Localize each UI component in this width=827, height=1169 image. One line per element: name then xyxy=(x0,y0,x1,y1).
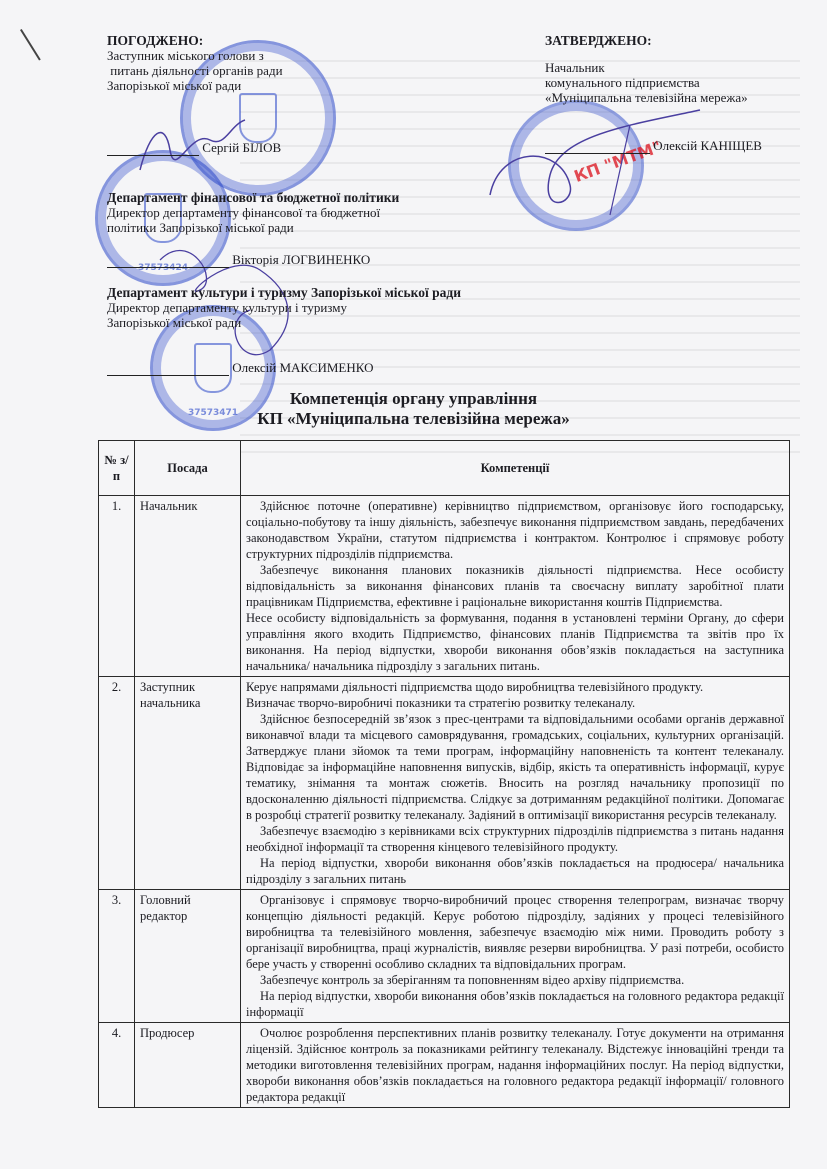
row-num: 2. xyxy=(99,677,135,890)
competency-paragraph: Здійснює поточне (оперативне) керівництв… xyxy=(246,498,784,562)
row-num: 3. xyxy=(99,890,135,1023)
culture-department-block: Департамент культури і туризму Запорізьк… xyxy=(107,285,487,330)
agreed-line: питань діяльності органів ради xyxy=(107,63,367,78)
culture-department-heading: Департамент культури і туризму Запорізьк… xyxy=(107,285,487,300)
approved-heading: ЗАТВЕРДЖЕНО: xyxy=(545,33,805,48)
finance-signatory: Вікторія ЛОГВИНЕНКО xyxy=(232,252,370,267)
competency-paragraph: Керує напрямами діяльності підприємства … xyxy=(246,679,784,695)
competency-paragraph: Забезпечує виконання планових показників… xyxy=(246,562,784,610)
document-title-line1: Компетенція органу управління xyxy=(0,389,827,409)
competency-paragraph: Забезпечує взаємодію з керівниками всіх … xyxy=(246,823,784,855)
approved-signatory: Олексій КАНІЩЕВ xyxy=(653,138,762,153)
signature-line xyxy=(107,155,199,156)
finance-department-line: політики Запорізької міської ради xyxy=(107,220,487,235)
document-title-line2: КП «Муніципальна телевізійна мережа» xyxy=(0,409,827,429)
competency-paragraph: На період відпустки, хвороби виконання о… xyxy=(246,855,784,887)
signature-line xyxy=(545,153,650,154)
culture-department-line: Директор департаменту культури і туризму xyxy=(107,300,487,315)
agreed-block: ПОГОДЖЕНО: Заступник міського голови з п… xyxy=(107,33,367,93)
table-header-row: № з/п Посада Компетенції xyxy=(99,441,790,496)
document-title: Компетенція органу управління КП «Муніци… xyxy=(0,389,827,429)
row-num: 1. xyxy=(99,496,135,677)
table-row: 2. Заступник начальника Керує напрямами … xyxy=(99,677,790,890)
agreed-line: Заступник міського голови з xyxy=(107,48,367,63)
row-num: 4. xyxy=(99,1023,135,1108)
header-position: Посада xyxy=(135,441,241,496)
competency-paragraph: Організовує і спрямовує творчо-виробничи… xyxy=(246,892,784,972)
document-page: 37573424 37573471 КП "МТМ" ПОГОДЖЕНО: За… xyxy=(0,0,827,1169)
row-position: Начальник xyxy=(135,496,241,677)
agreed-signature-row: Сергій БІЛОВ xyxy=(107,140,281,156)
signature-line xyxy=(107,375,229,376)
culture-department-line: Запорізької міської ради xyxy=(107,315,487,330)
culture-signature-row: Олексій МАКСИМЕНКО xyxy=(107,360,373,376)
approved-line: «Муніципальна телевізійна мережа» xyxy=(545,90,805,105)
pencil-mark xyxy=(20,29,41,61)
finance-signature-row: Вікторія ЛОГВИНЕНКО xyxy=(107,252,370,268)
approved-signature-row: Олексій КАНІЩЕВ xyxy=(545,138,762,154)
header-competencies: Компетенції xyxy=(241,441,790,496)
table-row: 3. Головний редактор Організовує і спрям… xyxy=(99,890,790,1023)
signature-line xyxy=(107,267,229,268)
table-row: 4. Продюсер Очолює розроблення перспекти… xyxy=(99,1023,790,1108)
approved-line: комунального підприємства xyxy=(545,75,805,90)
competency-paragraph: На період відпустки, хвороби виконання о… xyxy=(246,988,784,1020)
row-competencies: Очолює розроблення перспективних планів … xyxy=(241,1023,790,1108)
agreed-signatory: Сергій БІЛОВ xyxy=(202,140,281,155)
agreed-heading: ПОГОДЖЕНО: xyxy=(107,33,367,48)
row-competencies: Організовує і спрямовує творчо-виробничи… xyxy=(241,890,790,1023)
finance-department-block: Департамент фінансової та бюджетної полі… xyxy=(107,190,487,235)
row-competencies: Здійснює поточне (оперативне) керівництв… xyxy=(241,496,790,677)
approved-block: ЗАТВЕРДЖЕНО: Начальник комунального підп… xyxy=(545,33,805,105)
table-row: 1. Начальник Здійснює поточне (оперативн… xyxy=(99,496,790,677)
row-competencies: Керує напрямами діяльності підприємства … xyxy=(241,677,790,890)
row-position: Продюсер xyxy=(135,1023,241,1108)
approved-line: Начальник xyxy=(545,60,805,75)
competency-paragraph: Визначає творчо-виробничі показники та с… xyxy=(246,695,784,711)
finance-department-heading: Департамент фінансової та бюджетної полі… xyxy=(107,190,487,205)
row-position: Головний редактор xyxy=(135,890,241,1023)
agreed-line: Запорізької міської ради xyxy=(107,78,367,93)
finance-department-line: Директор департаменту фінансової та бюдж… xyxy=(107,205,487,220)
competencies-table: № з/п Посада Компетенції 1. Начальник Зд… xyxy=(98,440,790,1108)
competency-paragraph: Несе особисту відповідальність за формув… xyxy=(246,610,784,674)
header-num: № з/п xyxy=(99,441,135,496)
competency-paragraph: Здійснює безпосередній зв’язок з прес-це… xyxy=(246,711,784,823)
trident-emblem-icon xyxy=(239,93,277,143)
culture-signatory: Олексій МАКСИМЕНКО xyxy=(232,360,373,375)
competency-paragraph: Забезпечує контроль за зберіганням та по… xyxy=(246,972,784,988)
competency-paragraph: Очолює розроблення перспективних планів … xyxy=(246,1025,784,1105)
row-position: Заступник начальника xyxy=(135,677,241,890)
